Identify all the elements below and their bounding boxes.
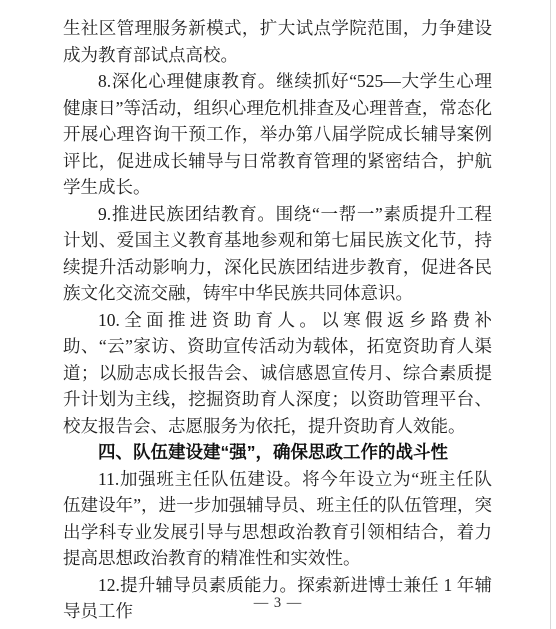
document-page: 生社区管理服务新模式，扩大试点学院范围，力争建设成为教育部试点高校。 8.深化心… — [0, 0, 556, 629]
paragraph-item-10-lead: 10.全面推进资助育人。 — [98, 310, 321, 330]
paragraph-continuation-text: 生社区管理服务新模式，扩大试点学院范围，力争建设成为教育部试点高校。 — [63, 18, 492, 65]
paragraph-item-9-lead: 9.推进民族团结教育。 — [98, 204, 276, 224]
page-footer: — 3 — — [0, 593, 556, 613]
paragraph-item-11: 11.加强班主任队伍建设。将今年设立为“班主任队伍建设年”，进一步加强辅导员、班… — [63, 466, 492, 572]
paragraph-item-8-lead: 8.深化心理健康教育。 — [98, 71, 276, 91]
paragraph-item-8: 8.深化心理健康教育。继续抓好“525—大学生心理健康日”等活动，组织心理危机排… — [63, 68, 492, 201]
document-body: 生社区管理服务新模式，扩大试点学院范围，力争建设成为教育部试点高校。 8.深化心… — [63, 15, 492, 625]
section-heading-4: 四、队伍建设建“强”，确保思政工作的战斗性 — [63, 439, 492, 466]
paragraph-item-12-lead: 12.提升辅导员素质能力。 — [98, 575, 297, 595]
paragraph-continuation: 生社区管理服务新模式，扩大试点学院范围，力争建设成为教育部试点高校。 — [63, 15, 492, 68]
page-right-border — [550, 0, 551, 629]
paragraph-item-11-lead: 11.加强班主任队伍建设。 — [98, 469, 302, 489]
paragraph-item-10: 10.全面推进资助育人。以寒假返乡路费补助、“云”家访、资助宣传活动为载体，拓宽… — [63, 307, 492, 440]
paragraph-item-9: 9.推进民族团结教育。围绕“一帮一”素质提升工程计划、爱国主义教育基地参观和第七… — [63, 201, 492, 307]
page-number: — 3 — — [254, 595, 303, 611]
